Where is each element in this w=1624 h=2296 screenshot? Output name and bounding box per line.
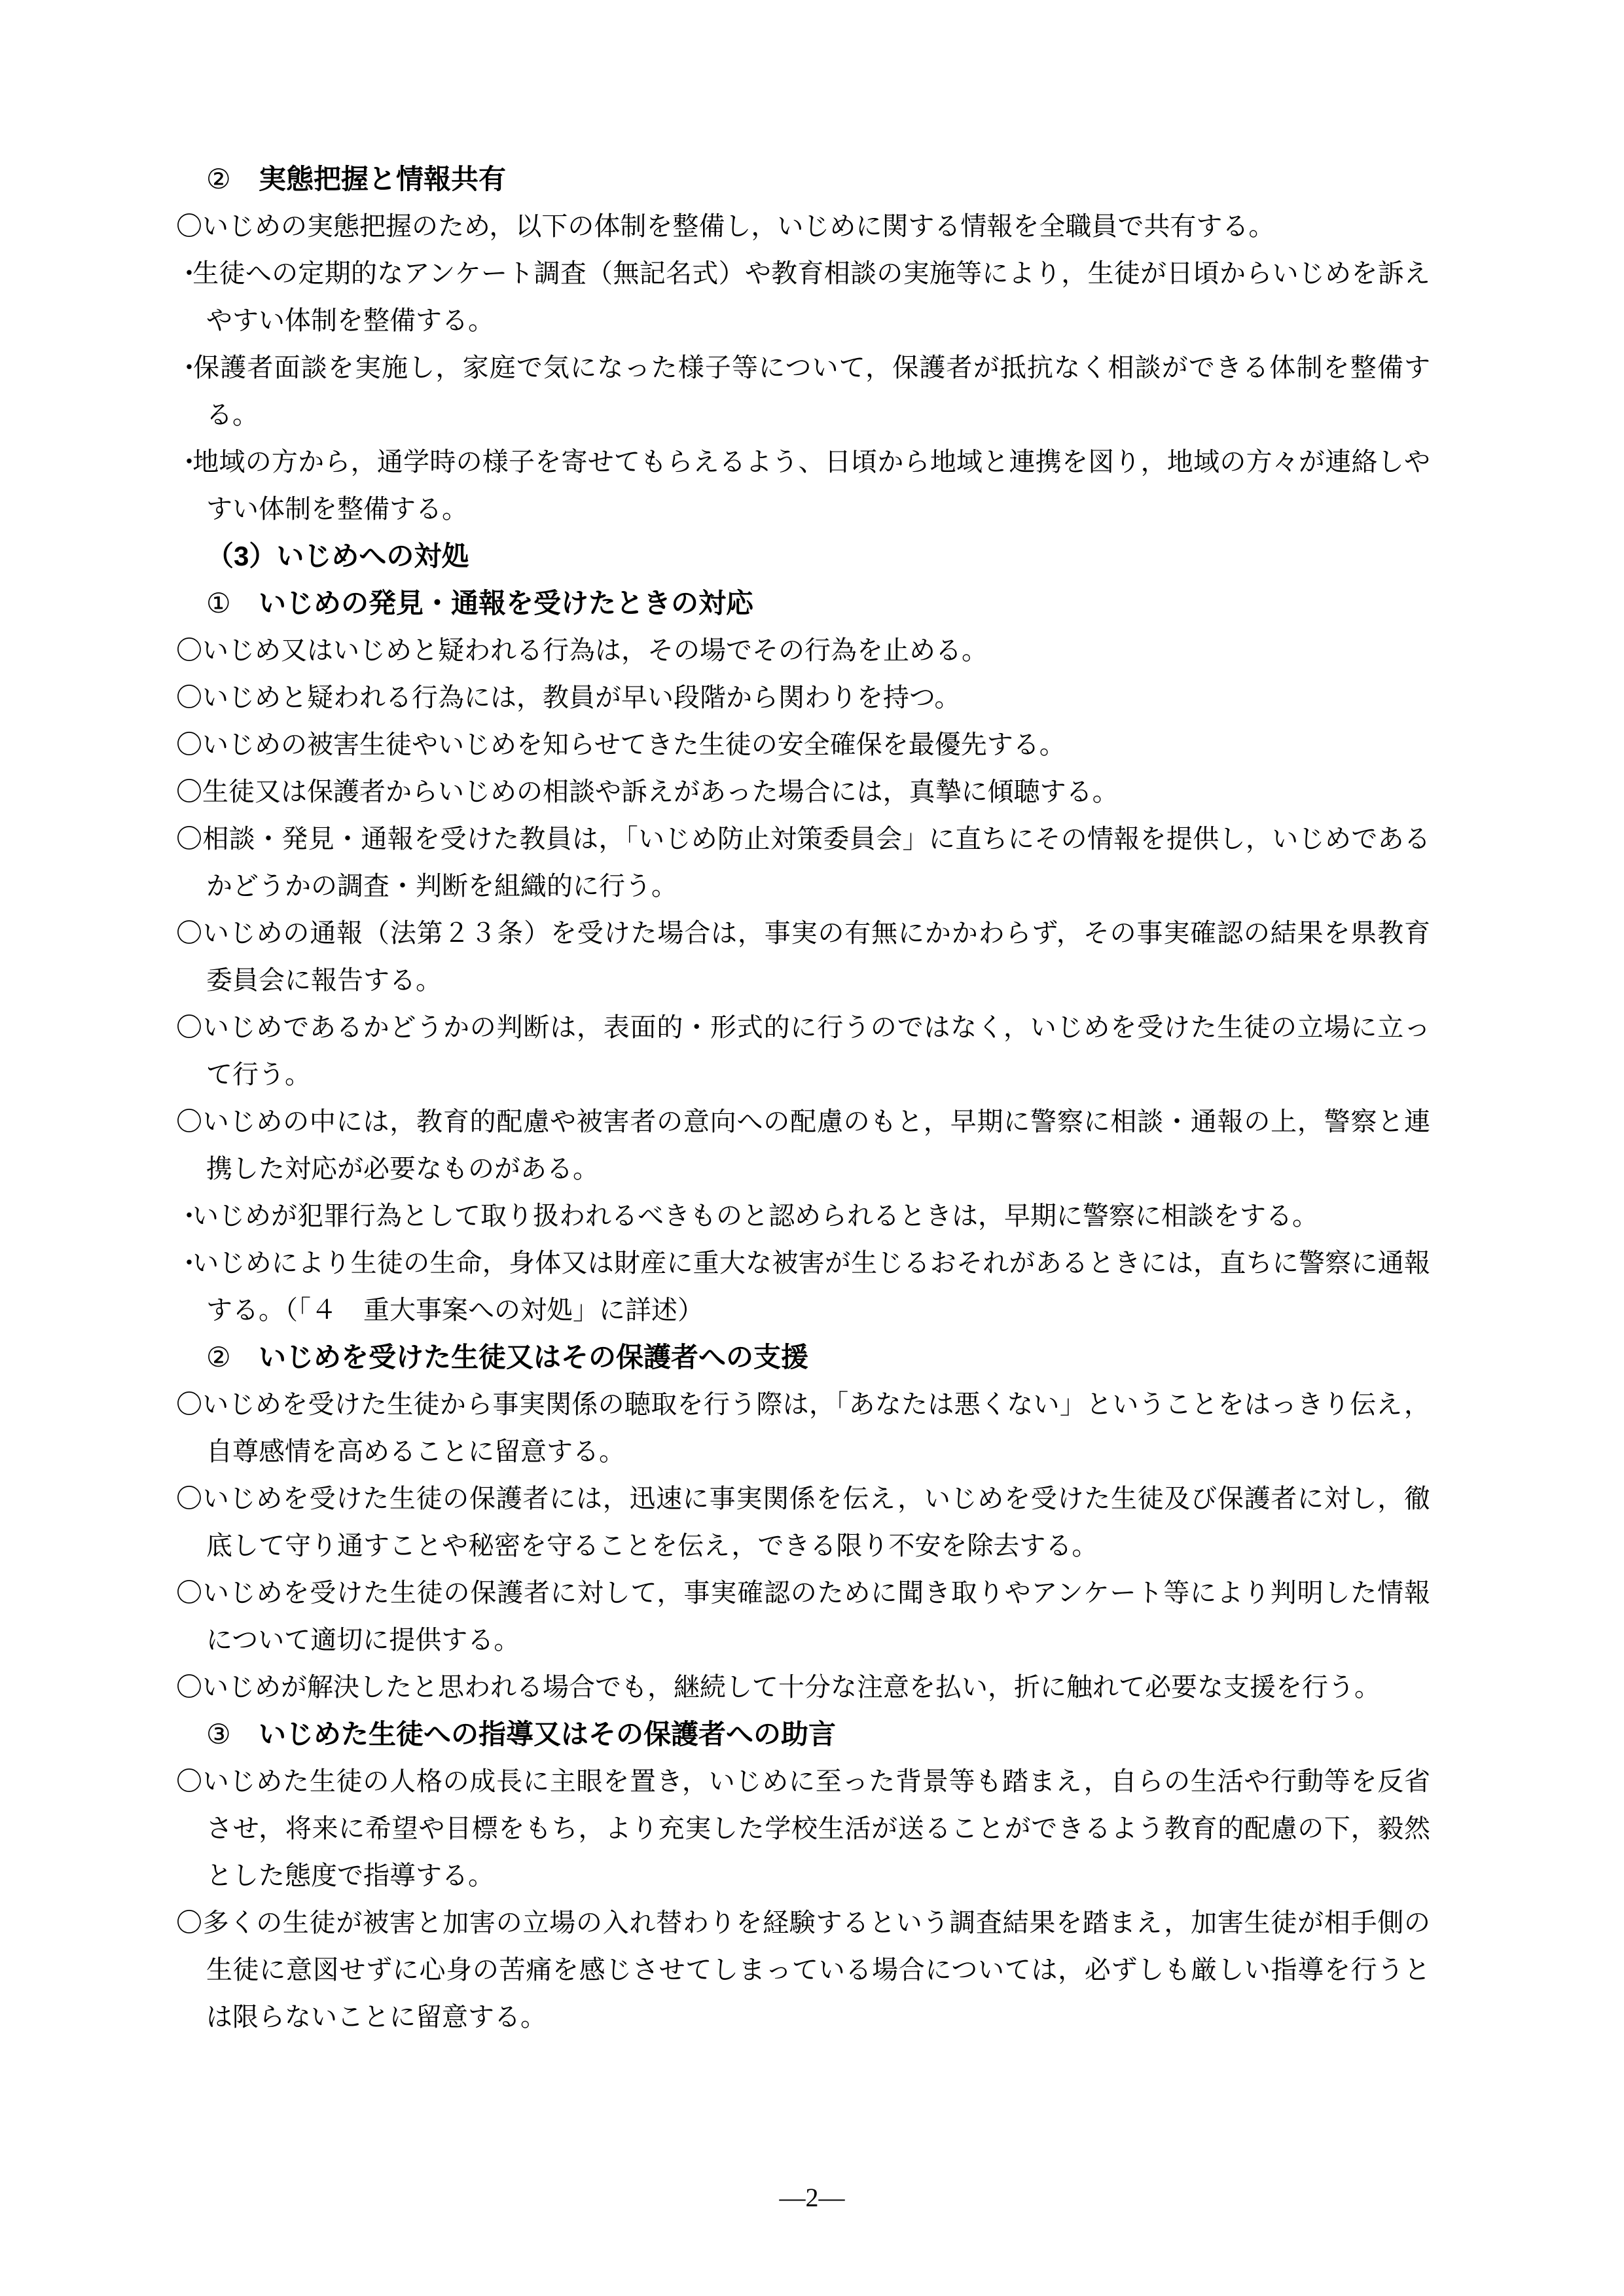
list-item-maru: 〇いじめの通報（法第２３条）を受けた場合は，事実の有無にかかわらず，その事実確認… (206, 910, 1430, 1004)
list-item-text: いじめの中には，教育的配慮や被害者の意向への配慮のもと，早期に警察に相談・通報の… (203, 1107, 1430, 1183)
list-item-text: いじめの被害生徒やいじめを知らせてきた生徒の安全確保を最優先する。 (202, 730, 1066, 759)
section-heading: ③いじめた生徒への指導又はその保護者への助言 (206, 1711, 1430, 1758)
list-item-maru: 〇いじめの中には，教育的配慮や被害者の意向への配慮のもと，早期に警察に相談・通報… (206, 1098, 1430, 1193)
maru-marker: 〇 (176, 824, 202, 853)
list-item-text: いじめにより生徒の生命，身体又は財産に重大な被害が生じるおそれがあるときには，直… (192, 1248, 1430, 1325)
maru-marker: 〇 (176, 211, 202, 241)
list-item-text: 多くの生徒が被害と加害の立場の入れ替わりを経験するという調査結果を踏まえ，加害生… (203, 1908, 1430, 2032)
chapter-heading: （3）いじめへの対処 (206, 533, 1430, 580)
list-item-maru: 〇いじめた生徒の人格の成長に主眼を置き，いじめに至った背景等も踏まえ，自らの生活… (206, 1758, 1430, 1899)
maru-marker: 〇 (176, 1578, 203, 1607)
list-item-maru: 〇いじめ又はいじめと疑われる行為は，その場でその行為を止める。 (206, 627, 1430, 674)
page-number: ―2― (0, 2174, 1624, 2221)
list-item-text: 相談・発見・通報を受けた教員は，「いじめ防止対策委員会」に直ちにその情報を提供し… (202, 824, 1430, 901)
list-item-text: 生徒への定期的なアンケート調査（無記名式）や教育相談の実施等により，生徒が日頃か… (192, 259, 1430, 335)
circled-number-marker: ① (206, 580, 259, 627)
list-item-maru: 〇いじめの実態把握のため，以下の体制を整備し，いじめに関する情報を全職員で共有す… (206, 203, 1430, 250)
list-item-text: 生徒又は保護者からいじめの相談や訴えがあった場合には，真摯に傾聴する。 (202, 777, 1119, 806)
section-heading-label: いじめた生徒への指導又はその保護者への助言 (259, 1719, 836, 1749)
list-item-text: いじめの通報（法第２３条）を受けた場合は，事実の有無にかかわらず，その事実確認の… (203, 918, 1430, 995)
list-item-text: いじめを受けた生徒から事実関係の聴取を行う際は，「あなたは悪くない」ということを… (202, 1390, 1430, 1466)
list-item-maru: 〇相談・発見・通報を受けた教員は，「いじめ防止対策委員会」に直ちにその情報を提供… (206, 816, 1430, 910)
list-item-text: いじめが犯罪行為として取り扱われるべきものと認められるときは，早期に警察に相談を… (192, 1201, 1318, 1230)
list-item-text: いじめが解決したと思われる場合でも，継続して十分な注意を払い，折に触れて必要な支… (202, 1672, 1380, 1702)
dot-marker: ・ (176, 1193, 192, 1240)
document-page: ②実態把握と情報共有〇いじめの実態把握のため，以下の体制を整備し，いじめに関する… (0, 0, 1624, 2296)
section-heading-label: いじめの発見・通報を受けたときの対応 (259, 588, 753, 619)
document-body: ②実態把握と情報共有〇いじめの実態把握のため，以下の体制を整備し，いじめに関する… (206, 156, 1430, 2041)
list-item-text: いじめであるかどうかの判断は，表面的・形式的に行うのではなく，いじめを受けた生徒… (203, 1013, 1430, 1089)
maru-marker: 〇 (176, 1013, 203, 1042)
dot-marker: ・ (176, 250, 192, 297)
dot-marker: ・ (176, 1240, 192, 1287)
dot-marker: ・ (176, 344, 192, 391)
list-item-maru: 〇いじめを受けた生徒の保護者に対して，事実確認のために聞き取りやアンケート等によ… (206, 1570, 1430, 1664)
list-item-maru: 〇いじめと疑われる行為には，教員が早い段階から関わりを持つ。 (206, 674, 1430, 721)
maru-marker: 〇 (176, 1672, 202, 1702)
list-item-maru: 〇いじめの被害生徒やいじめを知らせてきた生徒の安全確保を最優先する。 (206, 721, 1430, 768)
maru-marker: 〇 (176, 636, 202, 665)
section-heading: ②いじめを受けた生徒又はその保護者への支援 (206, 1334, 1430, 1381)
maru-marker: 〇 (176, 1390, 202, 1419)
circled-number-marker: ③ (206, 1711, 259, 1758)
section-heading-label: いじめを受けた生徒又はその保護者への支援 (259, 1342, 808, 1372)
list-item-maru: 〇生徒又は保護者からいじめの相談や訴えがあった場合には，真摯に傾聴する。 (206, 768, 1430, 816)
list-item-text: 地域の方から，通学時の様子を寄せてもらえるよう、日頃から地域と連携を図り，地域の… (192, 447, 1430, 524)
maru-marker: 〇 (176, 683, 202, 712)
circled-number-marker: ② (206, 156, 259, 203)
list-item-text: いじめ又はいじめと疑われる行為は，その場でその行為を止める。 (202, 636, 988, 665)
section-heading-label: 実態把握と情報共有 (259, 164, 506, 194)
dot-marker: ・ (176, 439, 192, 486)
maru-marker: 〇 (176, 918, 203, 948)
list-item-dot: ・保護者面談を実施し，家庭で気になった様子等について，保護者が抵抗なく相談ができ… (206, 344, 1430, 439)
list-item-maru: 〇いじめが解決したと思われる場合でも，継続して十分な注意を払い，折に触れて必要な… (206, 1664, 1430, 1711)
list-item-dot: ・いじめにより生徒の生命，身体又は財産に重大な被害が生じるおそれがあるときには，… (206, 1240, 1430, 1334)
maru-marker: 〇 (176, 1908, 203, 1937)
list-item-text: いじめた生徒の人格の成長に主眼を置き，いじめに至った背景等も踏まえ，自らの生活や… (203, 1767, 1430, 1890)
maru-marker: 〇 (176, 1484, 203, 1513)
list-item-text: いじめを受けた生徒の保護者には，迅速に事実関係を伝え，いじめを受けた生徒及び保護… (203, 1484, 1430, 1560)
list-item-text: いじめを受けた生徒の保護者に対して，事実確認のために聞き取りやアンケート等により… (203, 1578, 1430, 1655)
circled-number-marker: ② (206, 1334, 259, 1381)
list-item-dot: ・いじめが犯罪行為として取り扱われるべきものと認められるときは，早期に警察に相談… (206, 1193, 1430, 1240)
list-item-dot: ・生徒への定期的なアンケート調査（無記名式）や教育相談の実施等により，生徒が日頃… (206, 250, 1430, 344)
section-heading: ①いじめの発見・通報を受けたときの対応 (206, 580, 1430, 627)
maru-marker: 〇 (176, 1107, 203, 1136)
maru-marker: 〇 (176, 1767, 203, 1796)
list-item-maru: 〇いじめであるかどうかの判断は，表面的・形式的に行うのではなく，いじめを受けた生… (206, 1004, 1430, 1098)
list-item-dot: ・地域の方から，通学時の様子を寄せてもらえるよう、日頃から地域と連携を図り，地域… (206, 439, 1430, 533)
section-heading: ②実態把握と情報共有 (206, 156, 1430, 203)
list-item-maru: 〇いじめを受けた生徒の保護者には，迅速に事実関係を伝え，いじめを受けた生徒及び保… (206, 1475, 1430, 1570)
list-item-text: 保護者面談を実施し，家庭で気になった様子等について，保護者が抵抗なく相談ができる… (192, 353, 1430, 429)
maru-marker: 〇 (176, 730, 202, 759)
maru-marker: 〇 (176, 777, 202, 806)
list-item-maru: 〇いじめを受けた生徒から事実関係の聴取を行う際は，「あなたは悪くない」ということ… (206, 1381, 1430, 1475)
list-item-text: いじめの実態把握のため，以下の体制を整備し，いじめに関する情報を全職員で共有する… (202, 211, 1274, 241)
list-item-text: いじめと疑われる行為には，教員が早い段階から関わりを持つ。 (202, 683, 960, 712)
list-item-maru: 〇多くの生徒が被害と加害の立場の入れ替わりを経験するという調査結果を踏まえ，加害… (206, 1899, 1430, 2041)
